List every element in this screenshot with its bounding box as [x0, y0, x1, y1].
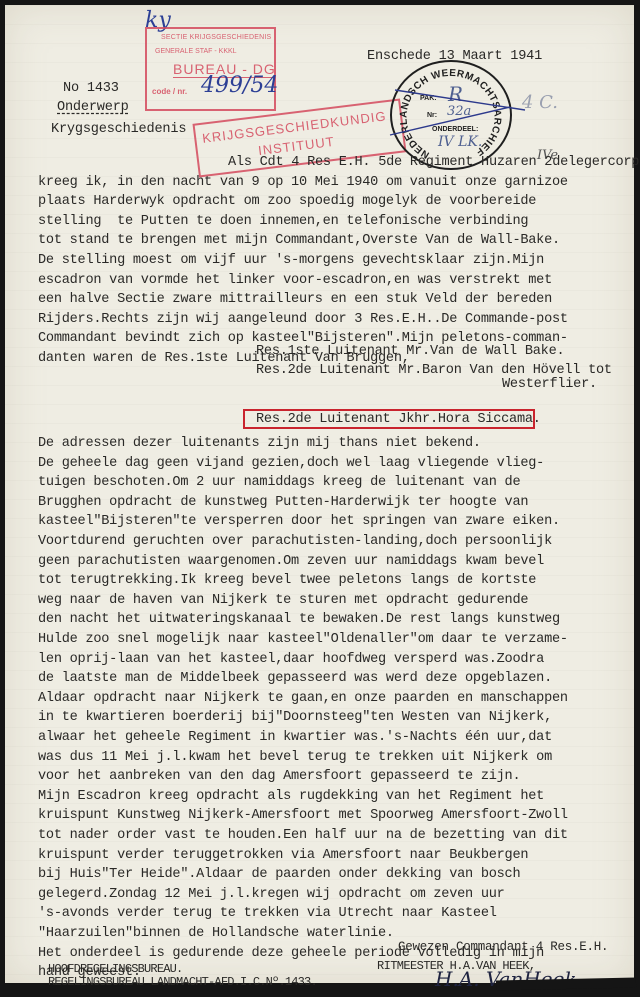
- body-line: plaats Harderwyk opdracht om zoo spoedig…: [38, 194, 536, 210]
- bureau-stamp-code-label: code / nr.: [152, 87, 187, 96]
- body-line: Voortdurend geruchten over parachutisten…: [38, 534, 552, 550]
- body-line: een halve Sectie zware mittrailleurs en …: [38, 292, 552, 308]
- body-line: gelegerd.Zondag 12 Mei j.l.kregen wij op…: [38, 887, 505, 903]
- body-line: de laatste man de Middelbeek gepasseerd …: [38, 671, 552, 687]
- bureau-stamp-line1: SECTIE KRIJGSGESCHIEDENIS: [161, 34, 271, 41]
- body-line: in te kwartieren boerderij bij"Doornstee…: [38, 710, 552, 726]
- pencil-mark: 4 C.: [522, 92, 558, 113]
- document-number: No 1433: [63, 81, 119, 96]
- officer-line: Res.1ste Luitenant Mr.Van de Wall Bake.: [256, 344, 564, 360]
- body-line: weg naar de haven van Nijkerk te sturen …: [38, 593, 528, 609]
- place-date: Enschede 13 Maart 1941: [367, 49, 542, 64]
- body-line: tot stand te brengen met mijn Commandant…: [38, 233, 560, 249]
- body-line: Mijn Escadron kreeg opdracht als rugdekk…: [38, 789, 544, 805]
- body-line: Hulde zoo snel mogelijk naar kasteel"Old…: [38, 632, 568, 648]
- body-line: escadron van vormde het linker voor-esca…: [38, 273, 552, 289]
- body-line: Rijders.Rechts zijn wij aangeleund door …: [38, 312, 568, 328]
- body-line: was dus 11 Mei j.l.kwam het bevel terug …: [38, 750, 552, 766]
- body-line: kasteel"Bijsteren"te versperren door het…: [38, 514, 560, 530]
- body-line: tot nader order vast te houden.Een half …: [38, 828, 568, 844]
- body-line: voor het aanbreken van den dag Amersfoor…: [38, 769, 520, 785]
- body-line: bij Huis"Ter Heide".Aldaar de paarden on…: [38, 867, 520, 883]
- body-line: De stelling moest om vijf uur 's-morgens…: [38, 253, 544, 269]
- body-line: alwaar het geheele Regiment in kwartier …: [38, 730, 552, 746]
- body-line: Aldaar opdracht naar Nijkerk te gaan,en …: [38, 691, 568, 707]
- subject-label: Onderwerp: [57, 100, 129, 115]
- body-line: De geheele dag geen vijand gezien,doch w…: [38, 456, 544, 472]
- body-line: kruispunt verder teruggetrokken via Amer…: [38, 848, 528, 864]
- body-line: De adressen dezer luitenants zijn mij th…: [38, 436, 481, 452]
- highlighted-officer-box: [243, 409, 535, 429]
- body-line: 's-avonds verder terug te trekken via Ut…: [38, 906, 497, 922]
- body-line: stelling te Putten te doen innemen,en te…: [38, 214, 528, 230]
- body-line: "Haarzuilen"binnen de Hollandsche waterl…: [38, 926, 394, 942]
- body-line: geen parachutisten waargenomen.Om zeven …: [38, 554, 544, 570]
- footer-line-2: REGELINGSBUREAU LANDMACHT-AFD.I.C.Nº.143…: [48, 974, 317, 990]
- body-line: Als Cdt 4 Res E.H. 5de Regiment Huzaren …: [228, 155, 639, 171]
- body-line: tot terugtrekking.Ik kreeg bevel twee pe…: [38, 573, 536, 589]
- archive-strike-lines: [385, 85, 535, 140]
- signature: H.A. VanHeek: [435, 967, 577, 991]
- body-line: len oprij-laan van het kasteel,daar hoof…: [38, 652, 544, 668]
- officer-line: Westerflier.: [502, 377, 597, 393]
- body-line: Brugghen opdracht de kunstweg Putten-Har…: [38, 495, 528, 511]
- bureau-stamp-line2: GENERALE STAF - KKKL: [155, 48, 237, 55]
- document-page: ky SECTIE KRIJGSGESCHIEDENIS GENERALE ST…: [5, 5, 634, 983]
- subject-value: Krygsgeschiedenis: [51, 122, 186, 137]
- bureau-stamp: SECTIE KRIJGSGESCHIEDENIS GENERALE STAF …: [145, 27, 276, 111]
- body-line: kreeg ik, in den nacht van 9 op 10 Mei 1…: [38, 175, 568, 191]
- body-line: den nacht het uitwateringskanaal te bewa…: [38, 612, 560, 628]
- body-line: tuigen beschoten.Om 2 uur namiddags kree…: [38, 475, 520, 491]
- closing-title: Gewezen Commandant 4 Res.E.H.: [398, 939, 608, 955]
- body-line: kruispunt Kunstweg Nijkerk-Amersfoort me…: [38, 808, 568, 824]
- bureau-stamp-code-value: 499/54: [201, 73, 278, 98]
